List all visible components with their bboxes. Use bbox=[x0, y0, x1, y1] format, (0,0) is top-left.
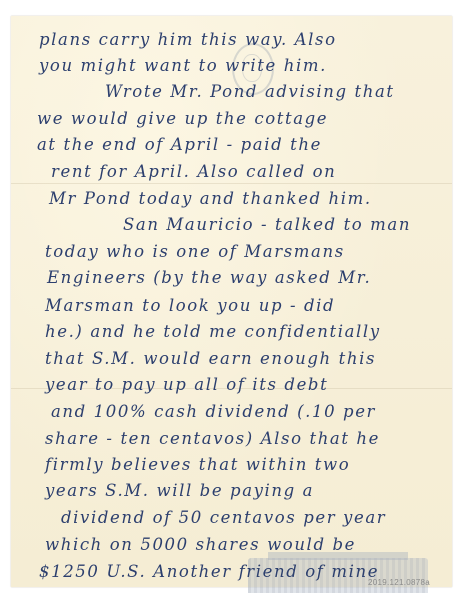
handwritten-line: Wrote Mr. Pond advising that bbox=[105, 84, 395, 101]
handwritten-line: today who is one of Marsmans bbox=[45, 244, 345, 261]
handwritten-line: we would give up the cottage bbox=[37, 111, 328, 128]
handwritten-line: rent for April. Also called on bbox=[51, 164, 336, 181]
handwritten-line: plans carry him this way. Also bbox=[39, 32, 337, 49]
handwritten-line: share - ten centavos) Also that he bbox=[45, 431, 380, 448]
handwritten-line: dividend of 50 centavos per year bbox=[61, 510, 386, 527]
handwritten-line: he.) and he told me confidentially bbox=[45, 324, 381, 341]
handwritten-line: firmly believes that within two bbox=[45, 457, 350, 474]
handwritten-line: you might want to write him. bbox=[39, 58, 327, 75]
handwritten-line: year to pay up all of its debt bbox=[45, 377, 328, 394]
handwritten-line: Mr Pond today and thanked him. bbox=[49, 191, 372, 208]
handwritten-line: that S.M. would earn enough this bbox=[45, 351, 376, 368]
handwritten-line: at the end of April - paid the bbox=[37, 137, 322, 154]
handwritten-line: $1250 U.S. Another friend of mine bbox=[39, 564, 379, 581]
handwritten-line: Marsman to look you up - did bbox=[45, 298, 335, 315]
handwritten-line: San Mauricio - talked to man bbox=[123, 217, 411, 234]
handwritten-text-block: plans carry him this way. Also you might… bbox=[11, 16, 452, 587]
handwritten-line: years S.M. will be paying a bbox=[45, 483, 314, 500]
letter-page: plans carry him this way. Also you might… bbox=[11, 16, 452, 587]
handwritten-line: which on 5000 shares would be bbox=[45, 537, 356, 554]
catalog-number: 2019.121.0878a bbox=[368, 578, 430, 587]
handwritten-line: and 100% cash dividend (.10 per bbox=[51, 404, 376, 421]
handwritten-line: Engineers (by the way asked Mr. bbox=[47, 270, 371, 287]
